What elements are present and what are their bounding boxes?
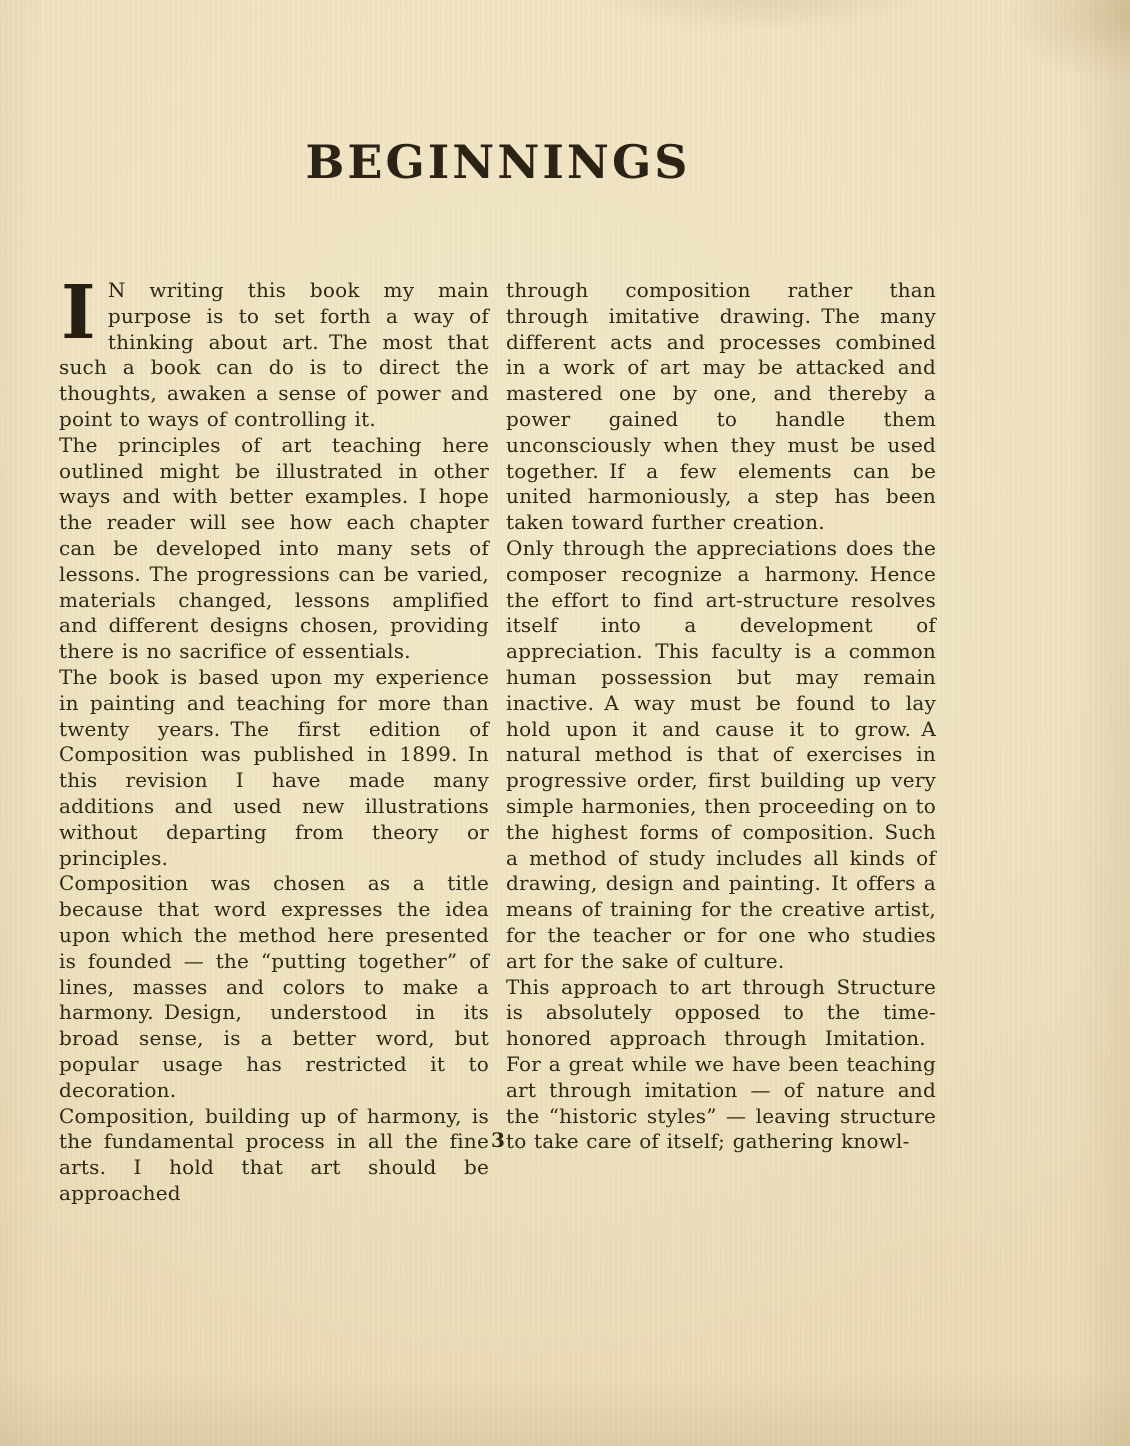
paragraph: IN writing this book my main purpose is …	[59, 278, 489, 433]
paragraph: Composition was chosen as a title becaus…	[59, 871, 489, 1103]
drop-cap: I	[59, 278, 108, 343]
paragraph: Only through the appreciations does the …	[506, 536, 936, 975]
right-column: through composition rather than through …	[506, 278, 936, 1207]
paragraph: Composition, building up of harmony, is …	[59, 1104, 489, 1207]
paragraph: The principles of art teaching here outl…	[59, 433, 489, 665]
paragraph: The book is based upon my experience in …	[59, 665, 489, 871]
page-title: BEGINNINGS	[59, 135, 937, 189]
page-number: 3	[59, 1128, 937, 1152]
text-block: IN writing this book my main purpose is …	[59, 278, 937, 1207]
book-page: BEGINNINGS IN writing this book my main …	[0, 0, 1130, 1446]
paragraph: through composition rather than through …	[506, 278, 936, 536]
left-column: IN writing this book my main purpose is …	[59, 278, 489, 1207]
paragraph-text: N writing this book my main purpose is t…	[59, 278, 489, 431]
